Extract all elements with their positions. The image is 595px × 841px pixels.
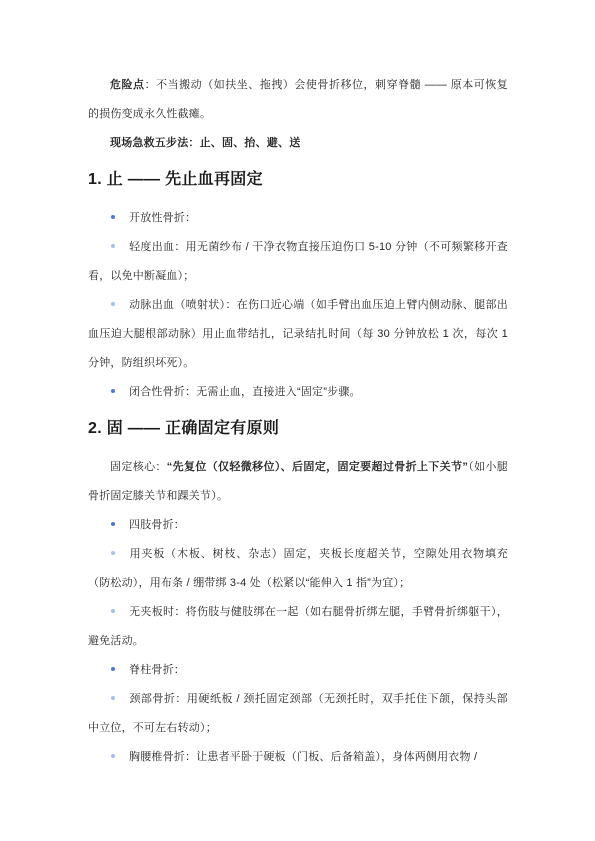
text-run: 轻度出血：用无菌纱布 / 干净衣物直接压迫伤口 5-10 分钟（不可频繁移开查看… bbox=[88, 241, 508, 282]
list-item: 脊柱骨折： bbox=[88, 656, 508, 685]
text-run: 用夹板（木板、树枝、杂志）固定，夹板长度超关节，空隙处用衣物填充（防松动），用布… bbox=[88, 548, 508, 589]
text-run: 危险点 bbox=[110, 79, 145, 91]
paragraph: 固定核心：“先复位（仅轻微移位）、后固定，固定要超过骨折上下关节”（如小腿骨折固… bbox=[88, 453, 508, 511]
bullet-icon bbox=[111, 609, 115, 613]
bullet-icon bbox=[111, 302, 115, 306]
bullet-icon bbox=[111, 696, 115, 700]
list-item: 无夹板时：将伤肢与健肢绑在一起（如右腿骨折绑左腿，手臂骨折绑躯干），避免活动。 bbox=[88, 598, 508, 656]
list-item: 四肢骨折： bbox=[88, 511, 508, 540]
text-run: 开放性骨折： bbox=[129, 212, 196, 224]
text-run: “先复位（仅轻微移位）、后固定，固定要超过骨折上下关节” bbox=[167, 461, 468, 473]
bullet-icon bbox=[111, 215, 115, 219]
text-run: 四肢骨折： bbox=[129, 519, 185, 531]
list-item: 轻度出血：用无菌纱布 / 干净衣物直接压迫伤口 5-10 分钟（不可频繁移开查看… bbox=[88, 233, 508, 291]
text-run: 闭合性骨折：无需止血，直接进入“固定”步骤。 bbox=[129, 386, 361, 398]
text-run: 颈部骨折：用硬纸板 / 颈托固定颈部（无颈托时，双手托住下颌，保持头部中立位，不… bbox=[88, 693, 508, 734]
bullet-icon bbox=[111, 754, 115, 758]
text-run: 现场急救五步法：止、固、抬、避、送 bbox=[110, 137, 300, 149]
paragraph: 现场急救五步法：止、固、抬、避、送 bbox=[88, 129, 508, 158]
bullet-icon bbox=[111, 244, 115, 248]
list-item: 用夹板（木板、树枝、杂志）固定，夹板长度超关节，空隙处用衣物填充（防松动），用布… bbox=[88, 540, 508, 598]
list-item: 胸腰椎骨折：让患者平卧于硬板（门板、后备箱盖），身体两侧用衣物 / bbox=[88, 743, 508, 772]
list-item: 闭合性骨折：无需止血，直接进入“固定”步骤。 bbox=[88, 378, 508, 407]
bullet-icon bbox=[111, 667, 115, 671]
text-run: 脊柱骨折： bbox=[129, 664, 185, 676]
bullet-icon bbox=[111, 522, 115, 526]
bullet-icon bbox=[111, 551, 115, 555]
text-run: 动脉出血（喷射状）：在伤口近心端（如手臂出血压迫上臂内侧动脉、腿部出血压迫大腿根… bbox=[88, 299, 508, 369]
text-run: ：不当搬动（如扶坐、拖拽）会使骨折移位，刺穿脊髓 —— 原本可恢复的损伤变成永久… bbox=[88, 79, 508, 120]
text-run: 固定核心： bbox=[110, 461, 167, 473]
document-page: 危险点：不当搬动（如扶坐、拖拽）会使骨折移位，刺穿脊髓 —— 原本可恢复的损伤变… bbox=[0, 0, 595, 841]
section-heading: 1. 止 —— 先止血再固定 bbox=[88, 164, 508, 196]
paragraph: 危险点：不当搬动（如扶坐、拖拽）会使骨折移位，刺穿脊髓 —— 原本可恢复的损伤变… bbox=[88, 71, 508, 129]
text-run: 胸腰椎骨折：让患者平卧于硬板（门板、后备箱盖），身体两侧用衣物 / bbox=[129, 751, 477, 763]
list-item: 动脉出血（喷射状）：在伤口近心端（如手臂出血压迫上臂内侧动脉、腿部出血压迫大腿根… bbox=[88, 291, 508, 378]
bullet-icon bbox=[111, 389, 115, 393]
list-item: 开放性骨折： bbox=[88, 204, 508, 233]
section-heading: 2. 固 —— 正确固定有原则 bbox=[88, 413, 508, 445]
text-run: 无夹板时：将伤肢与健肢绑在一起（如右腿骨折绑左腿，手臂骨折绑躯干），避免活动。 bbox=[88, 606, 508, 647]
list-item: 颈部骨折：用硬纸板 / 颈托固定颈部（无颈托时，双手托住下颌，保持头部中立位，不… bbox=[88, 685, 508, 743]
